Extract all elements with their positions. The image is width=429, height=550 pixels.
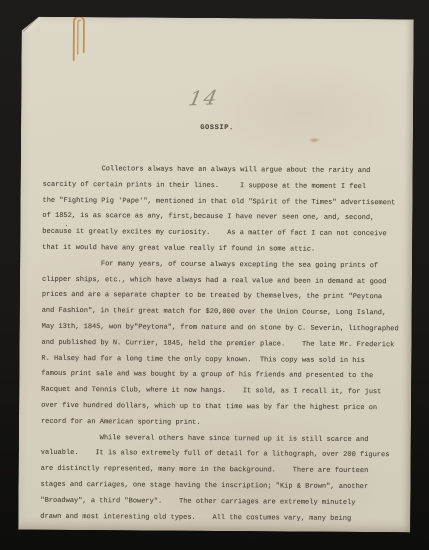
ink-smudge	[309, 138, 320, 143]
paperclip-icon	[70, 14, 87, 62]
folded-corner	[22, 17, 40, 32]
page-title: GOSSIP.	[21, 123, 413, 134]
photo-background: 14 GOSSIP. . Collectors always have an a…	[0, 0, 429, 550]
paragraph-2: For many years, of course always excepti…	[41, 257, 410, 433]
document-page: 14 GOSSIP. . Collectors always have an a…	[18, 17, 414, 533]
paragraph-3: While several others have since turned u…	[40, 430, 409, 527]
text-line: drawn and most interesting old types. Al…	[40, 509, 408, 527]
handwritten-page-number: 14	[187, 85, 222, 110]
paragraph-1: Collectors always have an always will ar…	[42, 162, 411, 259]
text-line: "Broadway", a third "Bowery". The other …	[40, 494, 408, 512]
text-line: record for an American sporting print.	[41, 415, 409, 433]
typewritten-text: Collectors always have an always will ar…	[40, 162, 411, 528]
